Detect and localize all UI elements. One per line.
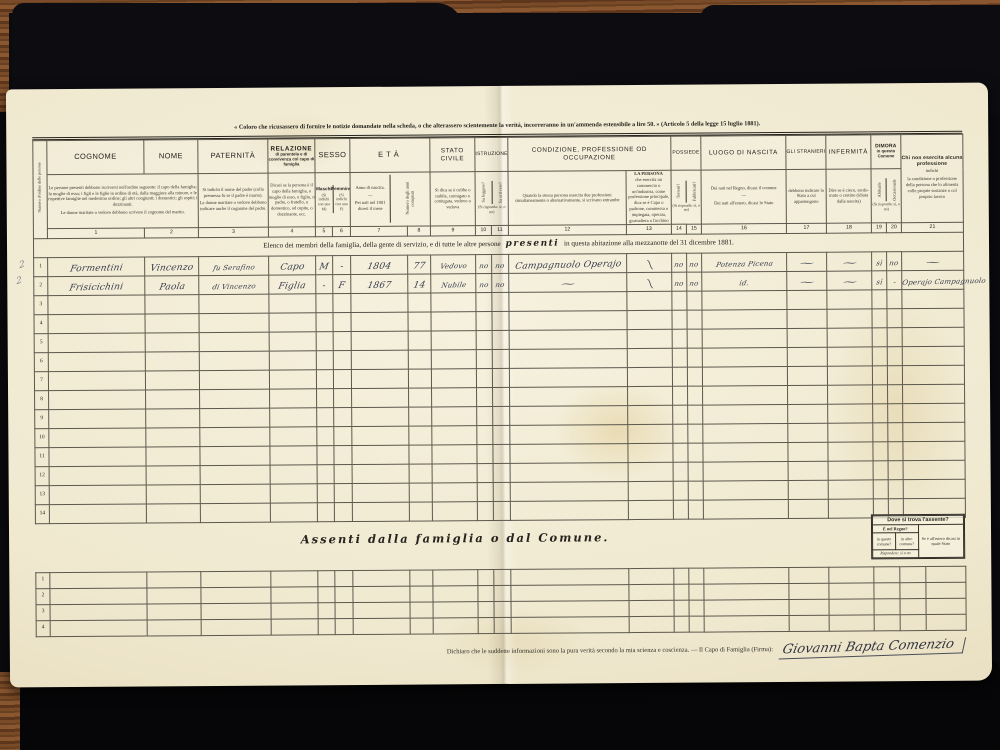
- cell: [703, 461, 788, 481]
- cell: [510, 481, 628, 501]
- cell: [493, 425, 510, 444]
- decor: presenti: [502, 239, 562, 249]
- cell: 6: [332, 226, 350, 236]
- cell: [317, 483, 334, 502]
- decor: -: [892, 279, 896, 286]
- cell: 19: [871, 222, 886, 232]
- cell: [351, 350, 408, 369]
- cell: [673, 481, 688, 500]
- cell: [49, 428, 146, 448]
- chinon-entry: Operajo Campagnuolo: [902, 270, 964, 289]
- cell: 15: [686, 224, 701, 234]
- decor: Chi non esercita alcuna professione: [901, 156, 962, 167]
- cell: [334, 388, 352, 407]
- cell: [433, 617, 478, 633]
- cell: [199, 313, 269, 332]
- cell: [270, 483, 317, 502]
- row-number: 12: [35, 466, 49, 485]
- cell: no: [492, 254, 509, 273]
- cell: [476, 330, 492, 349]
- cell: [926, 614, 966, 630]
- row-number: 3: [34, 295, 48, 314]
- cell: È nel Regno?: [872, 525, 918, 534]
- cell: [827, 328, 872, 347]
- cell: 3: [198, 227, 268, 237]
- luogo-entry: id.: [702, 271, 787, 291]
- cell: [334, 464, 352, 483]
- decor: (Si risponda: sì, o no): [476, 204, 508, 216]
- cell: [628, 424, 673, 443]
- cell: [201, 603, 271, 619]
- cell: [333, 350, 351, 369]
- cell: [688, 500, 703, 519]
- cell: [48, 352, 145, 372]
- cell: no: [672, 253, 687, 272]
- cell: [410, 586, 433, 602]
- cell: [410, 602, 433, 618]
- cell: [493, 482, 510, 501]
- cell: [903, 403, 965, 422]
- cell: [493, 387, 510, 406]
- cell: [903, 384, 965, 403]
- decor: Numero d'ordine delle persone: [38, 162, 43, 212]
- cell: [828, 442, 873, 461]
- cell: [673, 443, 688, 462]
- decor: Paola: [158, 283, 185, 293]
- decor: M: [319, 263, 330, 272]
- cell: no: [687, 272, 702, 291]
- cell: [704, 615, 789, 632]
- cell: [788, 423, 828, 442]
- cognome-entry: Frisicichini: [48, 276, 145, 296]
- cell: [200, 465, 270, 484]
- row-number: 9: [35, 409, 49, 428]
- cell: [872, 327, 887, 346]
- cell: [492, 311, 509, 330]
- cell: 2: [34, 276, 48, 295]
- cell: Nubile: [431, 273, 476, 292]
- cell: [888, 422, 903, 441]
- row-number: 6: [34, 352, 48, 371]
- decor: Sa leggere?: [481, 183, 486, 203]
- cell: [687, 291, 702, 310]
- cell: [827, 290, 872, 309]
- cell: [827, 309, 872, 328]
- cell: [432, 463, 477, 482]
- col-condizione-title: CONDIZIONE, PROFESSIONE OD OCCUPAZIONE: [508, 136, 671, 171]
- cell: no: [672, 272, 687, 291]
- cell: [687, 367, 702, 386]
- cell: [352, 464, 409, 483]
- cell: [872, 346, 887, 365]
- cell: [509, 291, 627, 311]
- cell: [673, 462, 688, 481]
- decor: Pei nati nel 1881 dicesi il mese: [352, 200, 389, 212]
- cell: [873, 384, 888, 403]
- cell: [888, 403, 903, 422]
- cell: [353, 586, 410, 602]
- cell: [673, 405, 688, 424]
- cell: [828, 480, 873, 499]
- cell: [703, 385, 788, 405]
- decor: LA PERSONA: [634, 171, 663, 176]
- cell: [510, 424, 628, 444]
- decor: Anno di nascita.: [355, 184, 384, 190]
- cell: [478, 601, 494, 617]
- cell: [702, 290, 787, 310]
- cell: [509, 367, 627, 387]
- cell: [270, 445, 317, 464]
- cell: 7: [350, 226, 407, 236]
- cell: [627, 291, 672, 310]
- cell: [146, 389, 200, 408]
- cell: [674, 616, 689, 632]
- cell: [703, 404, 788, 424]
- row-number: 11: [35, 447, 49, 466]
- cell: [145, 332, 199, 351]
- cell: [270, 502, 317, 521]
- row-number: 13: [35, 485, 49, 504]
- decor: Capo: [279, 263, 305, 273]
- cell: [49, 447, 146, 467]
- cell: [318, 618, 335, 634]
- cell: [146, 484, 200, 503]
- cell: [433, 585, 478, 601]
- decor: no: [478, 263, 488, 270]
- decor: Terreni? Fabbricati?: [672, 180, 701, 202]
- decor: ~: [794, 278, 819, 286]
- cell: [317, 388, 334, 407]
- decor: Dove si trova l'assente? È nel Regno?Se …: [872, 514, 964, 558]
- decor: ~: [642, 257, 657, 273]
- cell: [629, 616, 674, 632]
- cell: ~: [827, 271, 872, 290]
- decor: ~: [920, 259, 945, 267]
- decor: Vincenzo: [149, 263, 194, 273]
- cell: [629, 584, 674, 600]
- cell: [408, 293, 431, 312]
- decor: sì: [875, 260, 883, 267]
- cell: [409, 426, 432, 445]
- cell: [873, 460, 888, 479]
- decor: Fabbricati?: [691, 181, 696, 201]
- declaration-line: Dichiaro che le suddette informazioni so…: [36, 639, 966, 661]
- cell: [199, 351, 269, 370]
- cell: [432, 482, 477, 501]
- decor: Anno di nascita.—Pei nati nel 1881 dices…: [351, 175, 390, 223]
- cell: [335, 586, 353, 602]
- cell: [787, 309, 827, 328]
- decor: Sa leggere? Sa scrivere?: [476, 181, 508, 205]
- cell: [902, 327, 964, 346]
- decor: Formentini: [69, 264, 123, 274]
- decor: Vedovo: [439, 263, 467, 271]
- cell: [50, 588, 147, 605]
- col-stato-title: STATO CIVILE: [430, 138, 475, 172]
- cell: [888, 441, 903, 460]
- cell: 21: [901, 222, 963, 232]
- decor: no: [674, 261, 684, 268]
- cell: [317, 464, 334, 483]
- decor: Nubile: [440, 282, 466, 290]
- cell: [629, 568, 674, 584]
- cell: [48, 371, 145, 391]
- cell: [270, 426, 317, 445]
- cell: no: [887, 251, 902, 270]
- cell: Rispondere: sì o no: [873, 550, 919, 558]
- luogo-entry: Potenza Picena: [702, 252, 787, 272]
- cell: [628, 443, 673, 462]
- cell: [873, 422, 888, 441]
- cell: [146, 408, 200, 427]
- nome-entry: Paola: [145, 275, 199, 294]
- cell: [689, 600, 704, 616]
- cell: [493, 406, 510, 425]
- cell: [674, 600, 689, 616]
- cell: [433, 569, 478, 585]
- cell: [318, 602, 335, 618]
- decor: no: [889, 260, 899, 267]
- cell: [49, 504, 146, 524]
- cell: Se è all'estero dicasi in quale Stato: [918, 524, 964, 557]
- pencil-margin-mark: 2: [19, 260, 25, 271]
- cell: [687, 310, 702, 329]
- decor: no: [674, 280, 684, 287]
- cell: [888, 384, 903, 403]
- decor: Operajo Campagnuolo: [902, 278, 987, 287]
- cell: [704, 567, 789, 584]
- cell: [334, 407, 352, 426]
- cell: [477, 444, 493, 463]
- cell: [627, 310, 672, 329]
- cell: sì: [872, 251, 887, 270]
- cell: [269, 350, 316, 369]
- cell: [432, 501, 477, 520]
- decor: Fabbricati?: [686, 180, 701, 202]
- cell: -: [333, 255, 351, 274]
- cell: [145, 351, 199, 370]
- cell: [145, 313, 199, 332]
- row-number: 7: [34, 371, 48, 390]
- cell: [271, 602, 318, 618]
- col-istruzione-title: ISTRUZIONE: [475, 137, 508, 171]
- cell: [431, 292, 476, 311]
- decor: Terreni? Fabbricati? (Si risponda: sì, o…: [672, 180, 701, 213]
- cell: [672, 367, 687, 386]
- cell: [689, 584, 704, 600]
- assenti-table: 1 2 3 4: [35, 565, 966, 636]
- cell: [351, 369, 408, 388]
- decor: no: [495, 282, 505, 289]
- decor: Sa scrivere?: [491, 181, 508, 204]
- cell: [352, 502, 409, 521]
- cell: [511, 616, 629, 633]
- cell: [432, 444, 477, 463]
- decor: fu Serafino: [212, 264, 255, 272]
- cell: [433, 601, 478, 617]
- cell: [702, 366, 787, 386]
- cell: [494, 585, 511, 601]
- stato-note: Si dica se è celibe o nubile, coniugato …: [430, 172, 475, 226]
- cell: [672, 348, 687, 367]
- cell: [317, 407, 334, 426]
- cell: [789, 615, 829, 631]
- cell: [199, 294, 269, 313]
- cell: [318, 570, 335, 586]
- eta-subheader: Anno di nascita.—Pei nati nel 1881 dices…: [350, 172, 430, 226]
- cell: [476, 292, 492, 311]
- cell: [477, 387, 493, 406]
- census-sheet: 2 2 « Coloro che ricusassero di fornire …: [6, 83, 992, 688]
- cell: [873, 479, 888, 498]
- cell: 9: [430, 225, 475, 235]
- cell: ~: [787, 271, 827, 290]
- decor: Dei nati nel Regno, dicasi il comune: [702, 185, 786, 191]
- cell: [689, 616, 704, 632]
- decor: Le persone presenti debbono iscriversi n…: [33, 168, 963, 228]
- decor: Occasionale: [886, 178, 901, 202]
- pencil-margin-mark: 2: [16, 276, 22, 287]
- cell: [829, 567, 874, 583]
- head-of-family-signature: Giovanni Bapta Comenzio: [778, 637, 966, 659]
- cell: [335, 570, 353, 586]
- cell: [147, 603, 201, 619]
- decor: Terreni?: [672, 180, 686, 202]
- cell: [704, 583, 789, 600]
- col-luogo-title: LUOGO DI NASCITA: [701, 136, 786, 171]
- cell: [788, 461, 828, 480]
- cell: [902, 346, 964, 365]
- decor: no: [689, 261, 699, 268]
- cell: 1: [34, 257, 48, 276]
- cell: [409, 445, 432, 464]
- cell: [476, 349, 492, 368]
- cell: [628, 500, 673, 519]
- cell: [788, 442, 828, 461]
- cell: [352, 407, 409, 426]
- cell: [333, 369, 351, 388]
- cell: ~: [827, 252, 872, 271]
- cell: [628, 386, 673, 405]
- cell: 2: [144, 227, 198, 237]
- dove-assente-box: Dove si trova l'assente? È nel Regno?Se …: [871, 513, 965, 559]
- decor: di parentela e di convivenza col capo di…: [268, 152, 314, 167]
- cell: sì: [872, 270, 887, 289]
- cell: [829, 583, 874, 599]
- cell: [493, 501, 510, 520]
- col-eta-title: ETÀ: [350, 138, 430, 173]
- cell: [201, 571, 271, 587]
- cell: [873, 441, 888, 460]
- decor: Si indichi il nome del padre (colla prem…: [199, 186, 268, 198]
- decor: (Si risponda: sì, o no): [872, 202, 901, 214]
- cell: [334, 445, 352, 464]
- cell: [333, 312, 351, 331]
- decor: Frisicichini: [69, 283, 125, 293]
- cell: M: [316, 255, 333, 274]
- cell: [146, 465, 200, 484]
- decor: Elenco dei membri della famiglia, della …: [263, 240, 501, 250]
- cell: [829, 599, 874, 615]
- cell: [510, 500, 628, 520]
- decor: —: [702, 192, 786, 198]
- cell: 4: [268, 226, 315, 236]
- cell: [903, 441, 965, 460]
- decor: Le donne maritate o vedove debbono indic…: [199, 200, 268, 212]
- decor: ~: [837, 278, 862, 286]
- cell: [788, 480, 828, 499]
- decor: Sa leggere? Sa scrivere?: [476, 181, 508, 205]
- cell: [672, 291, 687, 310]
- cell: [146, 427, 200, 446]
- decor: Femmine(Si indichi con una F): [332, 185, 350, 213]
- cell: [146, 446, 200, 465]
- cell: no: [687, 253, 702, 272]
- cell: [269, 293, 316, 312]
- cell: [494, 601, 511, 617]
- cell: [316, 312, 333, 331]
- cell: [409, 464, 432, 483]
- row-number: 5: [34, 333, 48, 352]
- cell: [511, 600, 629, 617]
- cell: [874, 566, 900, 582]
- cell: [510, 443, 628, 463]
- cell: [335, 602, 353, 618]
- cell: [688, 481, 703, 500]
- cell: [703, 499, 788, 519]
- sesso-subheader: Maschi(Si indichi con una M) Femmine(Si …: [315, 173, 350, 227]
- cell: [887, 327, 902, 346]
- cell: [900, 566, 926, 582]
- cell: [270, 388, 317, 407]
- row-number: 4: [36, 620, 50, 636]
- decor: Numero degli anni compiuti: [405, 176, 415, 222]
- decor: Occasionale: [891, 179, 896, 201]
- cell: no: [492, 273, 509, 292]
- cell: [431, 311, 476, 330]
- cell: [492, 292, 509, 311]
- cell: [509, 329, 627, 349]
- cell: [926, 598, 966, 614]
- cell: [478, 617, 494, 633]
- cell: [902, 308, 964, 327]
- cell: [50, 604, 147, 621]
- cell: [200, 503, 270, 522]
- cell: in questo comune?: [873, 533, 896, 550]
- cell: [902, 289, 964, 308]
- decor: ~: [794, 259, 819, 267]
- decor: no: [495, 263, 505, 270]
- infermita-note: Dire se è cieco, sordo-muto o cretino (i…: [826, 169, 871, 223]
- col-sesso-title: SESSO: [315, 139, 350, 173]
- decor: 14: [413, 281, 427, 290]
- cell: [351, 293, 408, 312]
- cell: [199, 332, 269, 351]
- cell: [49, 390, 146, 410]
- decor: Abituale Occasionale: [872, 178, 901, 202]
- cell: [494, 569, 511, 585]
- cell: 10: [475, 225, 491, 235]
- row-number: 14: [35, 504, 49, 523]
- cell: [789, 583, 829, 599]
- decor: Dei nati all'estero, dicasi lo Stato: [702, 200, 786, 206]
- cell: [409, 483, 432, 502]
- cell: 14: [408, 274, 431, 293]
- cell: [510, 386, 628, 406]
- cell: [271, 586, 318, 602]
- cell: [334, 483, 352, 502]
- cell: [492, 368, 509, 387]
